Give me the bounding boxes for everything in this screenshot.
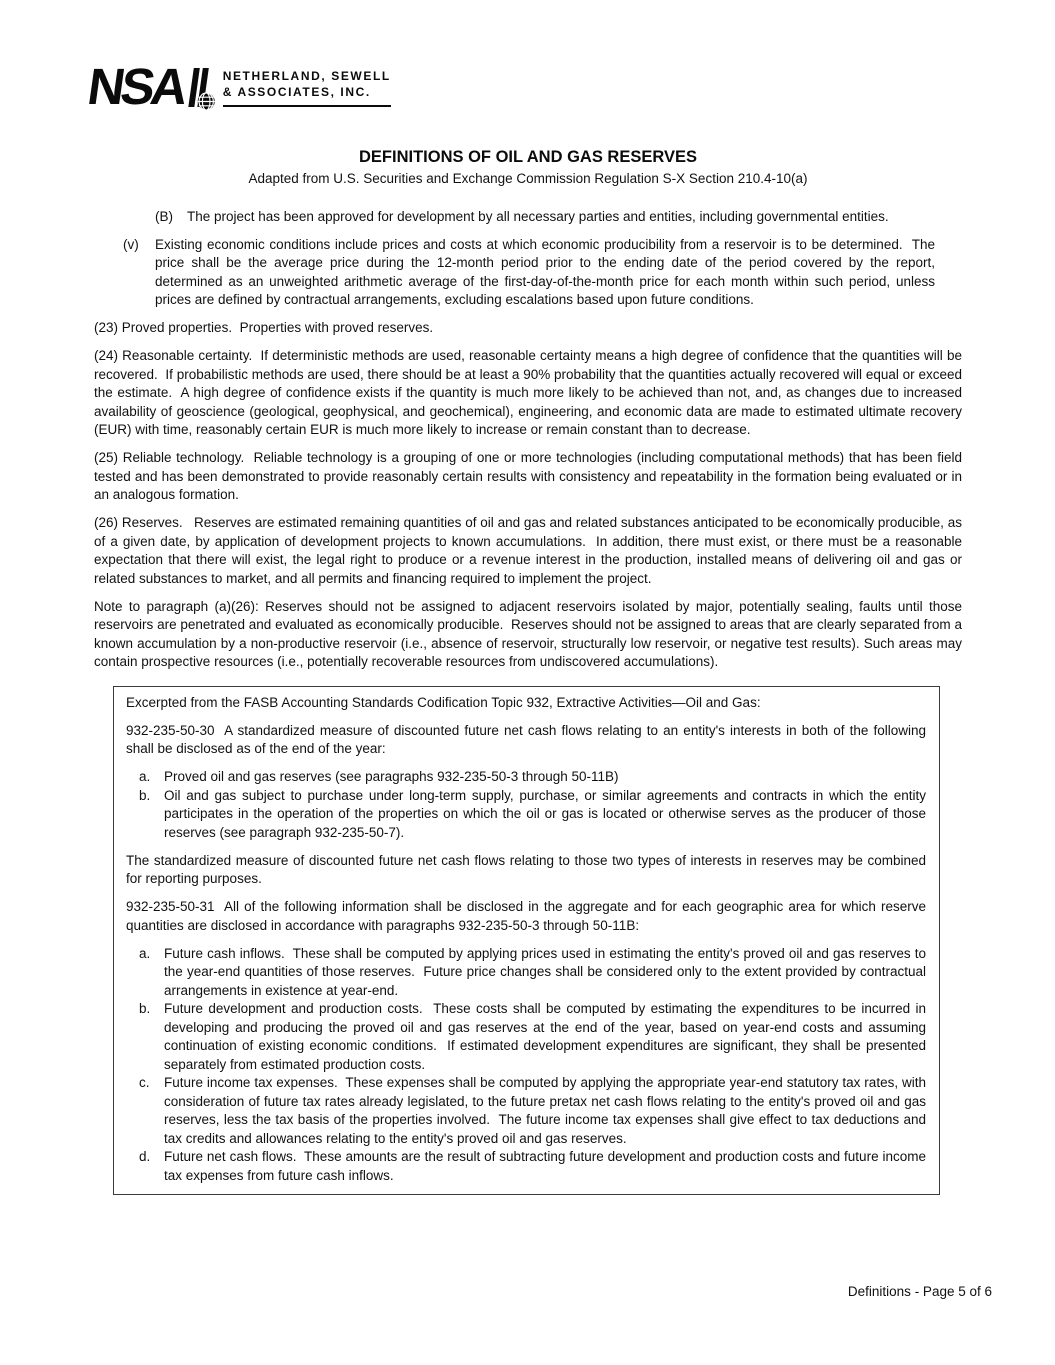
fasb-list-50-30: a. Proved oil and gas reserves (see para…: [126, 768, 926, 842]
list-item-label: b.: [139, 787, 164, 843]
item-b-text: The project has been approved for develo…: [187, 208, 900, 227]
paragraph-25: (25) Reliable technology. Reliable techn…: [94, 449, 962, 505]
list-item-label: b.: [139, 1000, 164, 1074]
logo-acronym: NSA: [85, 66, 187, 108]
item-b-label: (B): [155, 208, 187, 227]
list-item: a. Future cash inflows. These shall be c…: [126, 945, 926, 1001]
company-name-line1: NETHERLAND, SEWELL: [223, 68, 391, 84]
list-item-label: d.: [139, 1148, 164, 1185]
fasb-paragraph-combined: The standardized measure of discounted f…: [126, 852, 926, 889]
company-name-line2: & ASSOCIATES, INC.: [223, 84, 391, 100]
list-item-label: a.: [139, 768, 164, 787]
list-item: d. Future net cash flows. These amounts …: [126, 1148, 926, 1185]
fasb-paragraph-50-31: 932-235-50-31 All of the following infor…: [126, 898, 926, 935]
globe-icon: [196, 92, 215, 117]
item-v-label: (v): [123, 236, 155, 310]
fasb-paragraph-50-30: 932-235-50-30 A standardized measure of …: [126, 722, 926, 759]
list-item-text: Future cash inflows. These shall be comp…: [164, 945, 926, 1001]
paragraph-24: (24) Reasonable certainty. If determinis…: [94, 347, 962, 440]
note-paragraph: Note to paragraph (a)(26): Reserves shou…: [94, 598, 962, 672]
list-item-text: Oil and gas subject to purchase under lo…: [164, 787, 926, 843]
document-page: NSA NETHERLAND, SEWELL &: [0, 0, 1055, 1365]
page-title: DEFINITIONS OF OIL AND GAS RESERVES: [94, 147, 962, 167]
list-item-label: a.: [139, 945, 164, 1001]
fasb-excerpt-box: Excerpted from the FASB Accounting Stand…: [113, 686, 940, 1196]
paragraph-item-v: (v) Existing economic conditions include…: [123, 236, 935, 310]
list-item: b. Future development and production cos…: [126, 1000, 926, 1074]
paragraph-26: (26) Reserves. Reserves are estimated re…: [94, 514, 962, 588]
list-item-text: Future development and production costs.…: [164, 1000, 926, 1074]
list-item-label: c.: [139, 1074, 164, 1148]
fasb-list-50-31: a. Future cash inflows. These shall be c…: [126, 945, 926, 1186]
document-content: DEFINITIONS OF OIL AND GAS RESERVES Adap…: [94, 147, 962, 1195]
nsai-logo: NSA NETHERLAND, SEWELL &: [88, 66, 391, 110]
list-item-text: Future net cash flows. These amounts are…: [164, 1148, 926, 1185]
list-item: c. Future income tax expenses. These exp…: [126, 1074, 926, 1148]
nsai-logo-mark: NSA: [85, 66, 212, 110]
list-item: a. Proved oil and gas reserves (see para…: [126, 768, 926, 787]
paragraph-23: (23) Proved properties. Properties with …: [94, 319, 962, 338]
list-item: b. Oil and gas subject to purchase under…: [126, 787, 926, 843]
fasb-box-intro: Excerpted from the FASB Accounting Stand…: [126, 694, 926, 713]
company-name: NETHERLAND, SEWELL & ASSOCIATES, INC.: [223, 68, 391, 107]
list-item-text: Future income tax expenses. These expens…: [164, 1074, 926, 1148]
item-v-text: Existing economic conditions include pri…: [155, 236, 935, 310]
page-number-footer: Definitions - Page 5 of 6: [848, 1283, 992, 1302]
list-item-text: Proved oil and gas reserves (see paragra…: [164, 768, 926, 787]
page-subtitle: Adapted from U.S. Securities and Exchang…: [94, 170, 962, 189]
paragraph-item-b: (B) The project has been approved for de…: [155, 208, 900, 227]
